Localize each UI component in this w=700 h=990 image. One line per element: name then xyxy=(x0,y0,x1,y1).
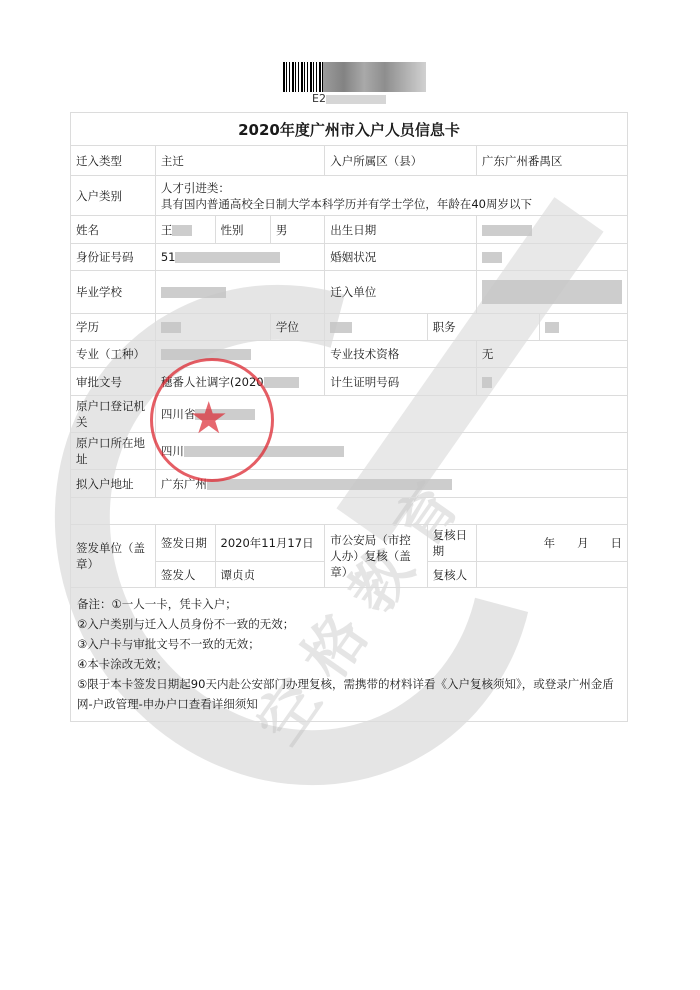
value-review-date: 年 月 日 xyxy=(476,525,627,562)
value-employer xyxy=(476,271,627,314)
value-position xyxy=(540,314,628,341)
value-issue-date: 2020年11月17日 xyxy=(215,525,325,562)
value-orig-registry: 四川省 xyxy=(155,396,627,433)
redacted xyxy=(184,446,344,457)
label-id-number: 身份证号码 xyxy=(71,244,156,271)
redacted xyxy=(482,252,502,263)
value-major xyxy=(155,341,324,368)
barcode-redacted xyxy=(323,62,426,92)
label-issue-date: 签发日期 xyxy=(155,525,215,562)
value-issuer: 谭贞贞 xyxy=(215,562,325,588)
value-gender: 男 xyxy=(270,216,324,244)
value-education xyxy=(155,314,270,341)
value-id-number: 51 xyxy=(155,244,324,271)
label-education: 学历 xyxy=(71,314,156,341)
value-school xyxy=(155,271,324,314)
label-birth-cert-no: 计生证明号码 xyxy=(325,368,477,396)
label-move-type: 迁入类型 xyxy=(71,146,156,176)
notes: 备注：①一人一卡，凭卡入户； ②入户类别与迁入人员身份不一致的无效； ③入户卡与… xyxy=(71,588,628,722)
barcode xyxy=(283,62,426,92)
label-orig-registry: 原户口登记机关 xyxy=(71,396,156,433)
value-qualification: 无 xyxy=(476,341,627,368)
redacted xyxy=(330,322,352,333)
redacted xyxy=(195,409,255,420)
blank-row xyxy=(71,498,628,525)
redacted xyxy=(326,95,386,104)
note-4: ④本卡涂改无效； xyxy=(77,654,621,674)
label-gender: 性别 xyxy=(215,216,270,244)
value-category: 人才引进类： 具有国内普通高校全日制大学本科学历并有学士学位，年龄在40周岁以下 xyxy=(155,176,627,216)
label-category: 入户类别 xyxy=(71,176,156,216)
label-degree: 学位 xyxy=(270,314,324,341)
redacted xyxy=(482,280,622,304)
label-position: 职务 xyxy=(427,314,540,341)
note-1: 备注：①一人一卡，凭卡入户； xyxy=(77,594,621,614)
label-issuer: 签发人 xyxy=(155,562,215,588)
label-review-date: 复核日期 xyxy=(427,525,476,562)
redacted xyxy=(207,479,452,490)
note-2: ②入户类别与迁入人员身份不一致的无效； xyxy=(77,614,621,634)
redacted xyxy=(161,287,226,298)
label-name: 姓名 xyxy=(71,216,156,244)
label-approval-no: 审批文号 xyxy=(71,368,156,396)
redacted xyxy=(161,349,251,360)
label-reviewer: 复核人 xyxy=(427,562,476,588)
label-marital-status: 婚姻状况 xyxy=(325,244,477,271)
value-birth-date xyxy=(476,216,627,244)
value-marital-status xyxy=(476,244,627,271)
label-police-review: 市公安局（市控人办）复核（盖章） xyxy=(325,525,427,588)
value-district: 广东广州番禺区 xyxy=(476,146,627,176)
label-orig-address: 原户口所在地址 xyxy=(71,433,156,470)
value-birth-cert-no xyxy=(476,368,627,396)
redacted xyxy=(545,322,559,333)
info-card-table: 2020年度广州市入户人员信息卡 迁入类型 主迁 入户所属区（县） 广东广州番禺… xyxy=(70,112,628,722)
value-new-address: 广东广州 xyxy=(155,470,627,498)
barcode-bars xyxy=(283,62,323,92)
value-move-type: 主迁 xyxy=(155,146,324,176)
label-school: 毕业学校 xyxy=(71,271,156,314)
value-approval-no: 穗番人社调字(2020 xyxy=(155,368,324,396)
barcode-number: E2 xyxy=(312,92,386,105)
redacted xyxy=(482,225,532,236)
value-name: 王 xyxy=(155,216,215,244)
value-degree xyxy=(325,314,427,341)
label-employer: 迁入单位 xyxy=(325,271,477,314)
note-3: ③入户卡与审批文号不一致的无效； xyxy=(77,634,621,654)
label-major: 专业（工种） xyxy=(71,341,156,368)
redacted xyxy=(264,377,299,388)
label-district: 入户所属区（县） xyxy=(325,146,477,176)
label-issuer-unit: 签发单位（盖章） xyxy=(71,525,156,588)
note-5: ⑤限于本卡签发日期起90天内赴公安部门办理复核，需携带的材料详看《入户复核须知》… xyxy=(77,674,621,714)
redacted xyxy=(161,322,181,333)
redacted xyxy=(482,377,492,388)
label-qualification: 专业技术资格 xyxy=(325,341,477,368)
redacted xyxy=(175,252,280,263)
label-birth-date: 出生日期 xyxy=(325,216,477,244)
redacted xyxy=(172,225,192,236)
value-reviewer xyxy=(476,562,627,588)
value-orig-address: 四川 xyxy=(155,433,627,470)
label-new-address: 拟入户地址 xyxy=(71,470,156,498)
card-title: 2020年度广州市入户人员信息卡 xyxy=(71,113,628,146)
